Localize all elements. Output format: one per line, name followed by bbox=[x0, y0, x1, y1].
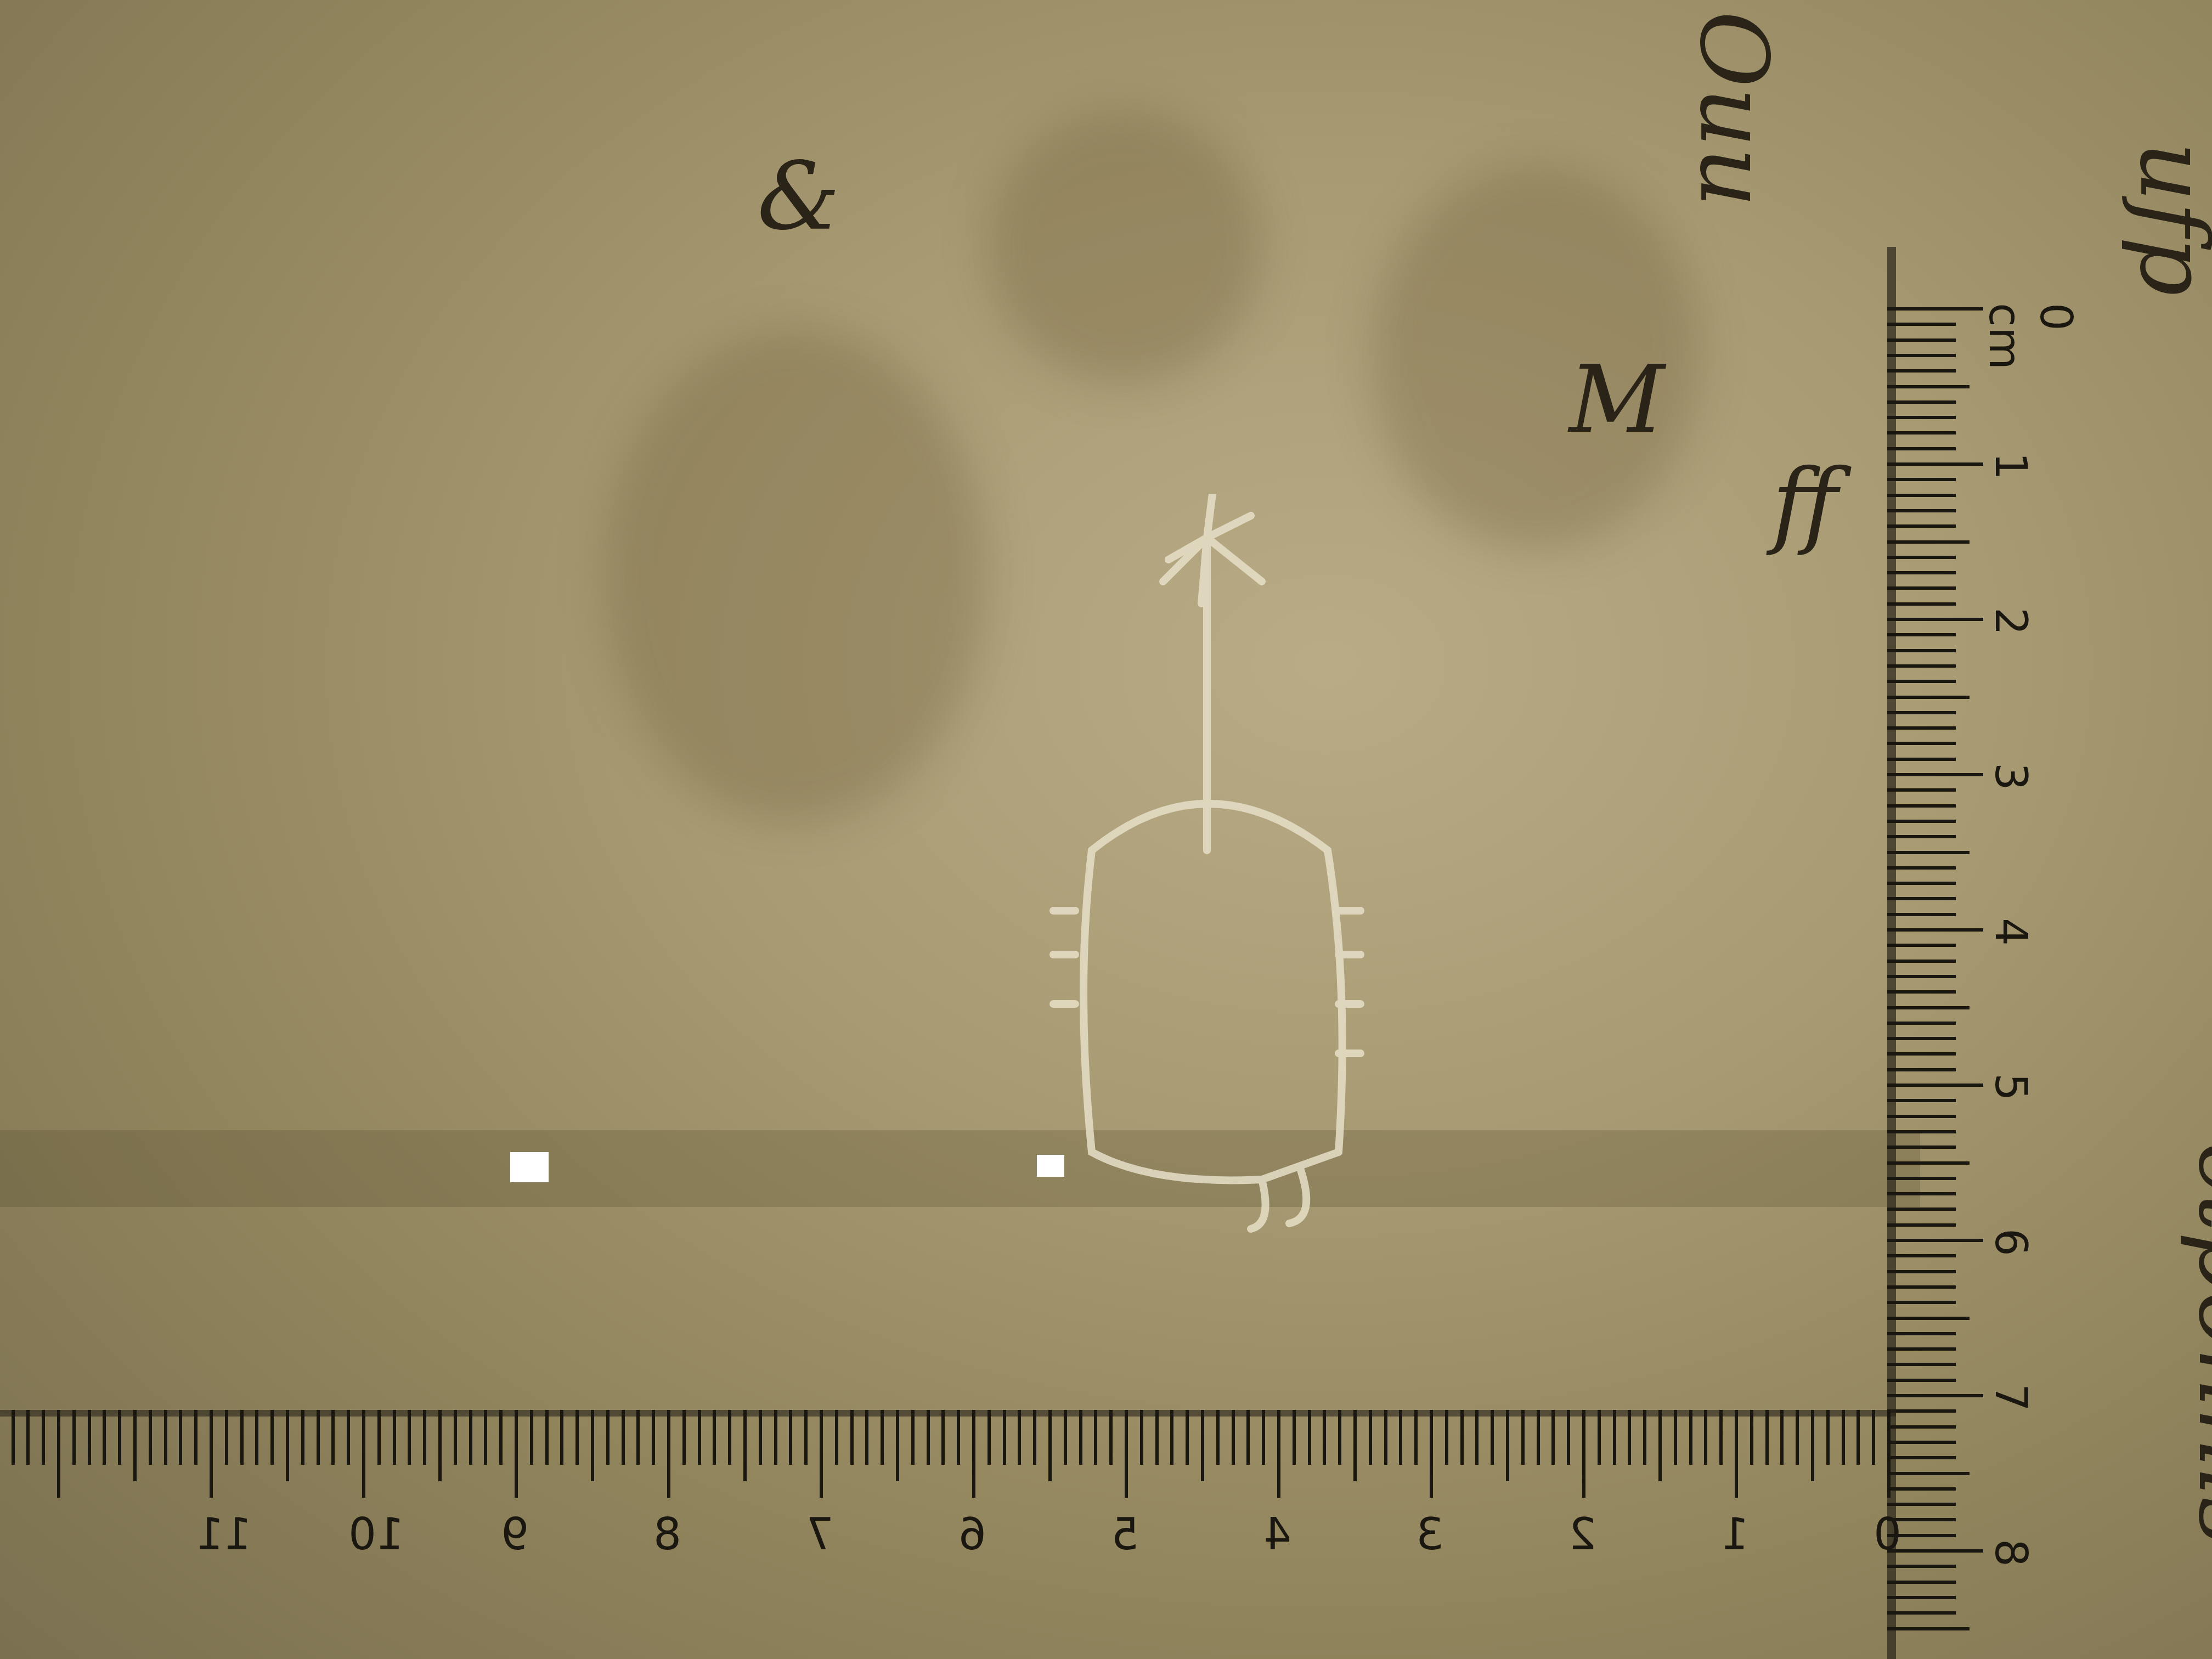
ruler-tick bbox=[789, 1410, 792, 1465]
ruler-tick bbox=[1430, 1410, 1433, 1498]
ruler-tick bbox=[240, 1410, 244, 1465]
ruler-tick bbox=[72, 1410, 76, 1465]
ruler-tick bbox=[1887, 1441, 1956, 1444]
paper-hole bbox=[510, 1152, 549, 1182]
ruler-tick bbox=[1521, 1410, 1525, 1465]
handwriting-fragment: ff bbox=[1772, 450, 1838, 558]
ruler-vertical-label: 8 bbox=[1985, 1539, 2036, 1567]
ruler-tick bbox=[1201, 1410, 1204, 1481]
ruler-vertical-label: 2 bbox=[1985, 607, 2036, 635]
ruler-tick bbox=[1887, 1487, 1956, 1491]
ruler-tick bbox=[1567, 1410, 1570, 1465]
ruler-horizontal-label: 3 bbox=[1416, 1509, 1444, 1560]
ruler-tick bbox=[1887, 509, 1956, 512]
ruler-tick bbox=[1551, 1410, 1555, 1465]
ruler-tick bbox=[1887, 1627, 1970, 1630]
ruler-tick bbox=[1887, 1239, 1983, 1242]
ruler-tick bbox=[1003, 1410, 1006, 1465]
ruler-tick bbox=[179, 1410, 182, 1465]
ruler-tick bbox=[1887, 1130, 1956, 1133]
ruler-tick bbox=[1887, 1115, 1956, 1118]
ruler-tick bbox=[881, 1410, 884, 1465]
ruler-tick bbox=[1079, 1410, 1082, 1465]
ruler-tick bbox=[698, 1410, 701, 1465]
ruler-tick bbox=[225, 1410, 228, 1465]
ruler-tick bbox=[194, 1410, 198, 1465]
ruler-tick bbox=[652, 1410, 655, 1465]
ruler-tick bbox=[1887, 773, 1983, 776]
ruler-tick bbox=[286, 1410, 289, 1481]
ruler-tick bbox=[1887, 664, 1956, 668]
ruler-tick bbox=[1399, 1410, 1402, 1465]
handwriting-fragment: ufp bbox=[2119, 142, 2212, 296]
ruler-tick bbox=[1582, 1410, 1585, 1498]
ruler-tick bbox=[1887, 1394, 1983, 1397]
ruler-tick bbox=[408, 1410, 411, 1465]
ruler-tick bbox=[1064, 1410, 1067, 1465]
ruler-tick bbox=[1125, 1410, 1128, 1498]
ruler-tick bbox=[1887, 1161, 1970, 1165]
ruler-tick bbox=[88, 1410, 91, 1465]
ruler-tick bbox=[1704, 1410, 1707, 1465]
ruler-tick bbox=[896, 1410, 899, 1481]
ruler-tick bbox=[1887, 1099, 1956, 1102]
ruler-tick bbox=[1887, 1270, 1956, 1273]
ruler-vertical-label: 7 bbox=[1985, 1384, 2036, 1412]
ruler-tick bbox=[927, 1410, 930, 1465]
ruler-tick bbox=[1887, 928, 1983, 932]
ruler-tick bbox=[1887, 835, 1956, 838]
ruler-tick bbox=[1887, 758, 1956, 761]
ruler-tick bbox=[1887, 1565, 1956, 1568]
ruler-tick bbox=[1628, 1410, 1631, 1465]
ruler-vertical: 0 cm12345678 bbox=[1887, 307, 1980, 1659]
ruler-tick bbox=[1887, 1301, 1956, 1304]
ruler-vertical-label: 0 cm bbox=[1979, 303, 2081, 370]
ruler-horizontal-label: 8 bbox=[653, 1509, 681, 1560]
ruler-tick bbox=[1887, 649, 1956, 652]
ruler-tick bbox=[1887, 1425, 1956, 1429]
ruler-tick bbox=[118, 1410, 121, 1465]
ruler-tick bbox=[1796, 1410, 1799, 1465]
ruler-tick bbox=[941, 1410, 945, 1465]
ruler-tick bbox=[1765, 1410, 1769, 1465]
ruler-tick bbox=[1887, 804, 1956, 808]
ruler-tick bbox=[57, 1410, 60, 1498]
ruler-tick bbox=[1811, 1410, 1814, 1481]
ruler-tick bbox=[1537, 1410, 1540, 1465]
handwriting-fragment: & bbox=[757, 143, 840, 251]
ruler-vertical-label: 1 bbox=[1985, 452, 2036, 480]
ruler-tick bbox=[1887, 633, 1956, 636]
ruler-tick bbox=[1872, 1410, 1875, 1465]
ruler-tick bbox=[1613, 1410, 1616, 1465]
ruler-tick bbox=[1887, 975, 1956, 978]
ruler-tick bbox=[1887, 1207, 1956, 1211]
ruler-tick bbox=[1887, 618, 1983, 621]
ruler-tick bbox=[1887, 913, 1956, 916]
ruler-tick bbox=[1826, 1410, 1830, 1465]
ruler-tick bbox=[1460, 1410, 1464, 1465]
ruler-tick bbox=[1857, 1410, 1860, 1465]
ruler-tick bbox=[1094, 1410, 1097, 1465]
ruler-vertical-label: 5 bbox=[1985, 1073, 2036, 1101]
ruler-tick bbox=[1887, 711, 1956, 714]
ruler-tick bbox=[1186, 1410, 1189, 1465]
ruler-tick bbox=[469, 1410, 472, 1465]
ruler-tick bbox=[1887, 323, 1956, 326]
ruler-tick bbox=[1643, 1410, 1646, 1465]
ruler-tick bbox=[1887, 1549, 1983, 1553]
ruler-tick bbox=[393, 1410, 396, 1465]
ruler-tick bbox=[743, 1410, 747, 1481]
ruler-tick bbox=[1887, 680, 1956, 683]
ruler-tick bbox=[1887, 1611, 1956, 1615]
ruler-tick bbox=[1445, 1410, 1448, 1465]
ruler-tick bbox=[1887, 726, 1956, 730]
ruler-tick bbox=[1887, 1037, 1956, 1040]
ruler-tick bbox=[1887, 307, 1983, 311]
ruler-tick bbox=[1887, 1145, 1956, 1149]
ruler-tick bbox=[1887, 960, 1956, 963]
ruler-tick bbox=[957, 1410, 960, 1465]
ruler-tick bbox=[804, 1410, 808, 1465]
ruler-tick bbox=[12, 1410, 15, 1465]
ruler-tick bbox=[1887, 1317, 1970, 1320]
ruler-tick bbox=[1887, 820, 1956, 823]
ruler-tick bbox=[1887, 1379, 1956, 1382]
ruler-tick bbox=[103, 1410, 106, 1465]
ruler-tick bbox=[164, 1410, 167, 1465]
ruler-tick bbox=[42, 1410, 45, 1465]
ruler-tick bbox=[1048, 1410, 1052, 1481]
ruler-tick bbox=[1353, 1410, 1357, 1481]
ruler-tick bbox=[1887, 882, 1956, 885]
ruler-horizontal-label: 9 bbox=[501, 1509, 529, 1560]
ruler-tick bbox=[1338, 1410, 1341, 1465]
ruler-tick bbox=[1887, 1084, 1983, 1087]
ruler-tick bbox=[1887, 944, 1956, 947]
ruler-horizontal-label: 0 bbox=[1874, 1509, 1901, 1560]
ruler-tick bbox=[1887, 1347, 1956, 1351]
ruler-vertical-label: 4 bbox=[1985, 918, 2036, 946]
watermark-bell-icon bbox=[1042, 494, 1536, 1317]
ruler-tick bbox=[347, 1410, 350, 1465]
ruler-tick bbox=[728, 1410, 731, 1465]
stain bbox=[988, 110, 1262, 384]
ruler-tick bbox=[1887, 1596, 1956, 1599]
ruler-tick bbox=[1719, 1410, 1723, 1465]
ruler-tick bbox=[1887, 447, 1956, 450]
ruler-tick bbox=[1414, 1410, 1418, 1465]
ruler-tick bbox=[149, 1410, 152, 1465]
ruler-tick bbox=[713, 1410, 716, 1465]
ruler-tick bbox=[362, 1410, 365, 1498]
ruler-tick bbox=[484, 1410, 487, 1465]
ruler-tick bbox=[454, 1410, 457, 1465]
ruler-tick bbox=[499, 1410, 503, 1465]
ruler-tick bbox=[1887, 1223, 1956, 1227]
ruler-tick bbox=[591, 1410, 594, 1481]
ruler-tick bbox=[331, 1410, 335, 1465]
ruler-tick bbox=[133, 1410, 137, 1481]
ruler-tick bbox=[988, 1410, 991, 1465]
ruler-tick bbox=[1369, 1410, 1372, 1465]
ruler-tick bbox=[667, 1410, 670, 1498]
ruler-tick bbox=[1887, 1472, 1970, 1475]
handwriting-fragment: M bbox=[1569, 346, 1664, 454]
ruler-tick bbox=[1887, 866, 1956, 870]
ruler-tick bbox=[1735, 1410, 1738, 1498]
ruler-tick bbox=[1887, 369, 1956, 373]
ruler-tick bbox=[1887, 742, 1956, 745]
handwriting-fragment: ctponnis bbox=[2177, 1142, 2212, 1545]
ruler-horizontal-label: 2 bbox=[1568, 1509, 1596, 1560]
ruler-tick bbox=[1674, 1410, 1677, 1465]
ruler-tick bbox=[1232, 1410, 1235, 1465]
ruler-tick bbox=[1384, 1410, 1387, 1465]
ruler-tick bbox=[1887, 571, 1956, 574]
fold-shadow bbox=[0, 1130, 1920, 1207]
ruler-tick bbox=[1598, 1410, 1601, 1465]
ruler-tick bbox=[682, 1410, 686, 1465]
ruler-tick bbox=[1170, 1410, 1173, 1465]
ruler-tick bbox=[1887, 1581, 1956, 1584]
ruler-tick bbox=[1887, 338, 1956, 342]
ruler-tick bbox=[1887, 1068, 1956, 1071]
ruler-tick bbox=[1018, 1410, 1021, 1465]
ruler-tick bbox=[1293, 1410, 1296, 1465]
ruler-tick bbox=[1887, 696, 1970, 699]
ruler-tick bbox=[1780, 1410, 1784, 1465]
ruler-tick bbox=[1887, 1503, 1956, 1506]
ruler-tick bbox=[835, 1410, 838, 1465]
ruler-tick bbox=[1887, 524, 1956, 528]
ruler-tick bbox=[774, 1410, 777, 1465]
ruler-tick bbox=[1887, 1177, 1956, 1180]
ruler-tick bbox=[1323, 1410, 1326, 1465]
ruler-tick bbox=[1689, 1410, 1692, 1465]
ruler-tick bbox=[1033, 1410, 1036, 1465]
ruler-tick bbox=[972, 1410, 975, 1498]
ruler-tick bbox=[1887, 1006, 1970, 1009]
ruler-tick bbox=[560, 1410, 563, 1465]
ruler-tick bbox=[1887, 540, 1970, 544]
ruler-tick bbox=[1887, 1254, 1956, 1257]
ruler-tick bbox=[1887, 1332, 1956, 1335]
ruler-vertical-label: 3 bbox=[1985, 763, 2036, 791]
ruler-tick bbox=[1887, 478, 1956, 481]
ruler-tick bbox=[1475, 1410, 1479, 1465]
ruler-horizontal-label: 1 bbox=[1721, 1509, 1749, 1560]
ruler-horizontal-label: 11 bbox=[196, 1509, 252, 1560]
ruler-tick bbox=[1887, 788, 1956, 792]
ruler-tick bbox=[1887, 416, 1956, 419]
ruler-tick bbox=[317, 1410, 320, 1465]
ruler-tick bbox=[1887, 385, 1970, 388]
ruler-tick bbox=[1658, 1410, 1662, 1481]
ruler-tick bbox=[820, 1410, 823, 1498]
ruler-tick bbox=[1887, 1456, 1956, 1459]
ruler-horizontal-label: 5 bbox=[1111, 1509, 1139, 1560]
ruler-tick bbox=[911, 1410, 915, 1465]
ruler-tick bbox=[545, 1410, 549, 1465]
ruler-tick bbox=[575, 1410, 579, 1465]
ruler-horizontal-label: 10 bbox=[348, 1509, 404, 1560]
ruler-tick bbox=[1887, 494, 1956, 497]
ruler-tick bbox=[1887, 1192, 1956, 1195]
handwriting-fragment: Ouu bbox=[1679, 11, 1787, 207]
ruler-tick bbox=[1887, 851, 1970, 854]
ruler-tick bbox=[270, 1410, 274, 1465]
ruler-tick bbox=[636, 1410, 640, 1465]
ruler-tick bbox=[377, 1410, 381, 1465]
ruler-tick bbox=[1246, 1410, 1250, 1465]
ruler-tick bbox=[1887, 1409, 1956, 1413]
ruler-tick bbox=[438, 1410, 442, 1481]
ruler-tick bbox=[1155, 1410, 1159, 1465]
ruler-tick bbox=[606, 1410, 610, 1465]
ruler-tick bbox=[1887, 354, 1956, 357]
ruler-tick bbox=[1750, 1410, 1753, 1465]
ruler-tick bbox=[622, 1410, 625, 1465]
ruler-horizontal-label: 7 bbox=[806, 1509, 834, 1560]
ruler-tick bbox=[850, 1410, 854, 1465]
ruler-tick bbox=[1262, 1410, 1265, 1465]
ruler-vertical-label: 6 bbox=[1985, 1228, 2036, 1256]
ruler-tick bbox=[423, 1410, 426, 1465]
ruler-tick bbox=[1887, 897, 1956, 900]
ruler-tick bbox=[210, 1410, 213, 1498]
ruler-horizontal: 01234567891011 bbox=[0, 1410, 1887, 1520]
ruler-tick bbox=[1887, 1052, 1956, 1056]
ruler-tick bbox=[759, 1410, 762, 1465]
ruler-tick bbox=[865, 1410, 868, 1465]
ruler-tick bbox=[301, 1410, 304, 1465]
ruler-tick bbox=[1887, 586, 1956, 590]
ruler-tick bbox=[1491, 1410, 1494, 1465]
ruler-tick bbox=[1109, 1410, 1113, 1465]
ruler-tick bbox=[515, 1410, 518, 1498]
ruler-tick bbox=[1887, 990, 1956, 994]
ruler-tick bbox=[1887, 602, 1956, 606]
ruler-tick bbox=[255, 1410, 258, 1465]
ruler-tick bbox=[1887, 556, 1956, 559]
ruler-horizontal-label: 4 bbox=[1263, 1509, 1291, 1560]
ruler-tick bbox=[1308, 1410, 1311, 1465]
ruler-tick bbox=[1887, 1363, 1956, 1366]
ruler-tick bbox=[1887, 1410, 1891, 1498]
stain bbox=[603, 329, 988, 823]
ruler-tick bbox=[1216, 1410, 1220, 1465]
ruler-tick bbox=[530, 1410, 533, 1465]
ruler-tick bbox=[1887, 400, 1956, 404]
ruler-tick bbox=[1887, 462, 1983, 466]
ruler-tick bbox=[1140, 1410, 1143, 1465]
ruler-tick bbox=[1277, 1410, 1280, 1498]
ruler-tick bbox=[1887, 1022, 1956, 1025]
ruler-tick bbox=[26, 1410, 30, 1465]
ruler-tick bbox=[1887, 431, 1956, 435]
ruler-tick bbox=[1887, 1285, 1956, 1289]
ruler-horizontal-label: 6 bbox=[958, 1509, 986, 1560]
ruler-tick bbox=[1842, 1410, 1845, 1465]
ruler-tick bbox=[1506, 1410, 1509, 1481]
